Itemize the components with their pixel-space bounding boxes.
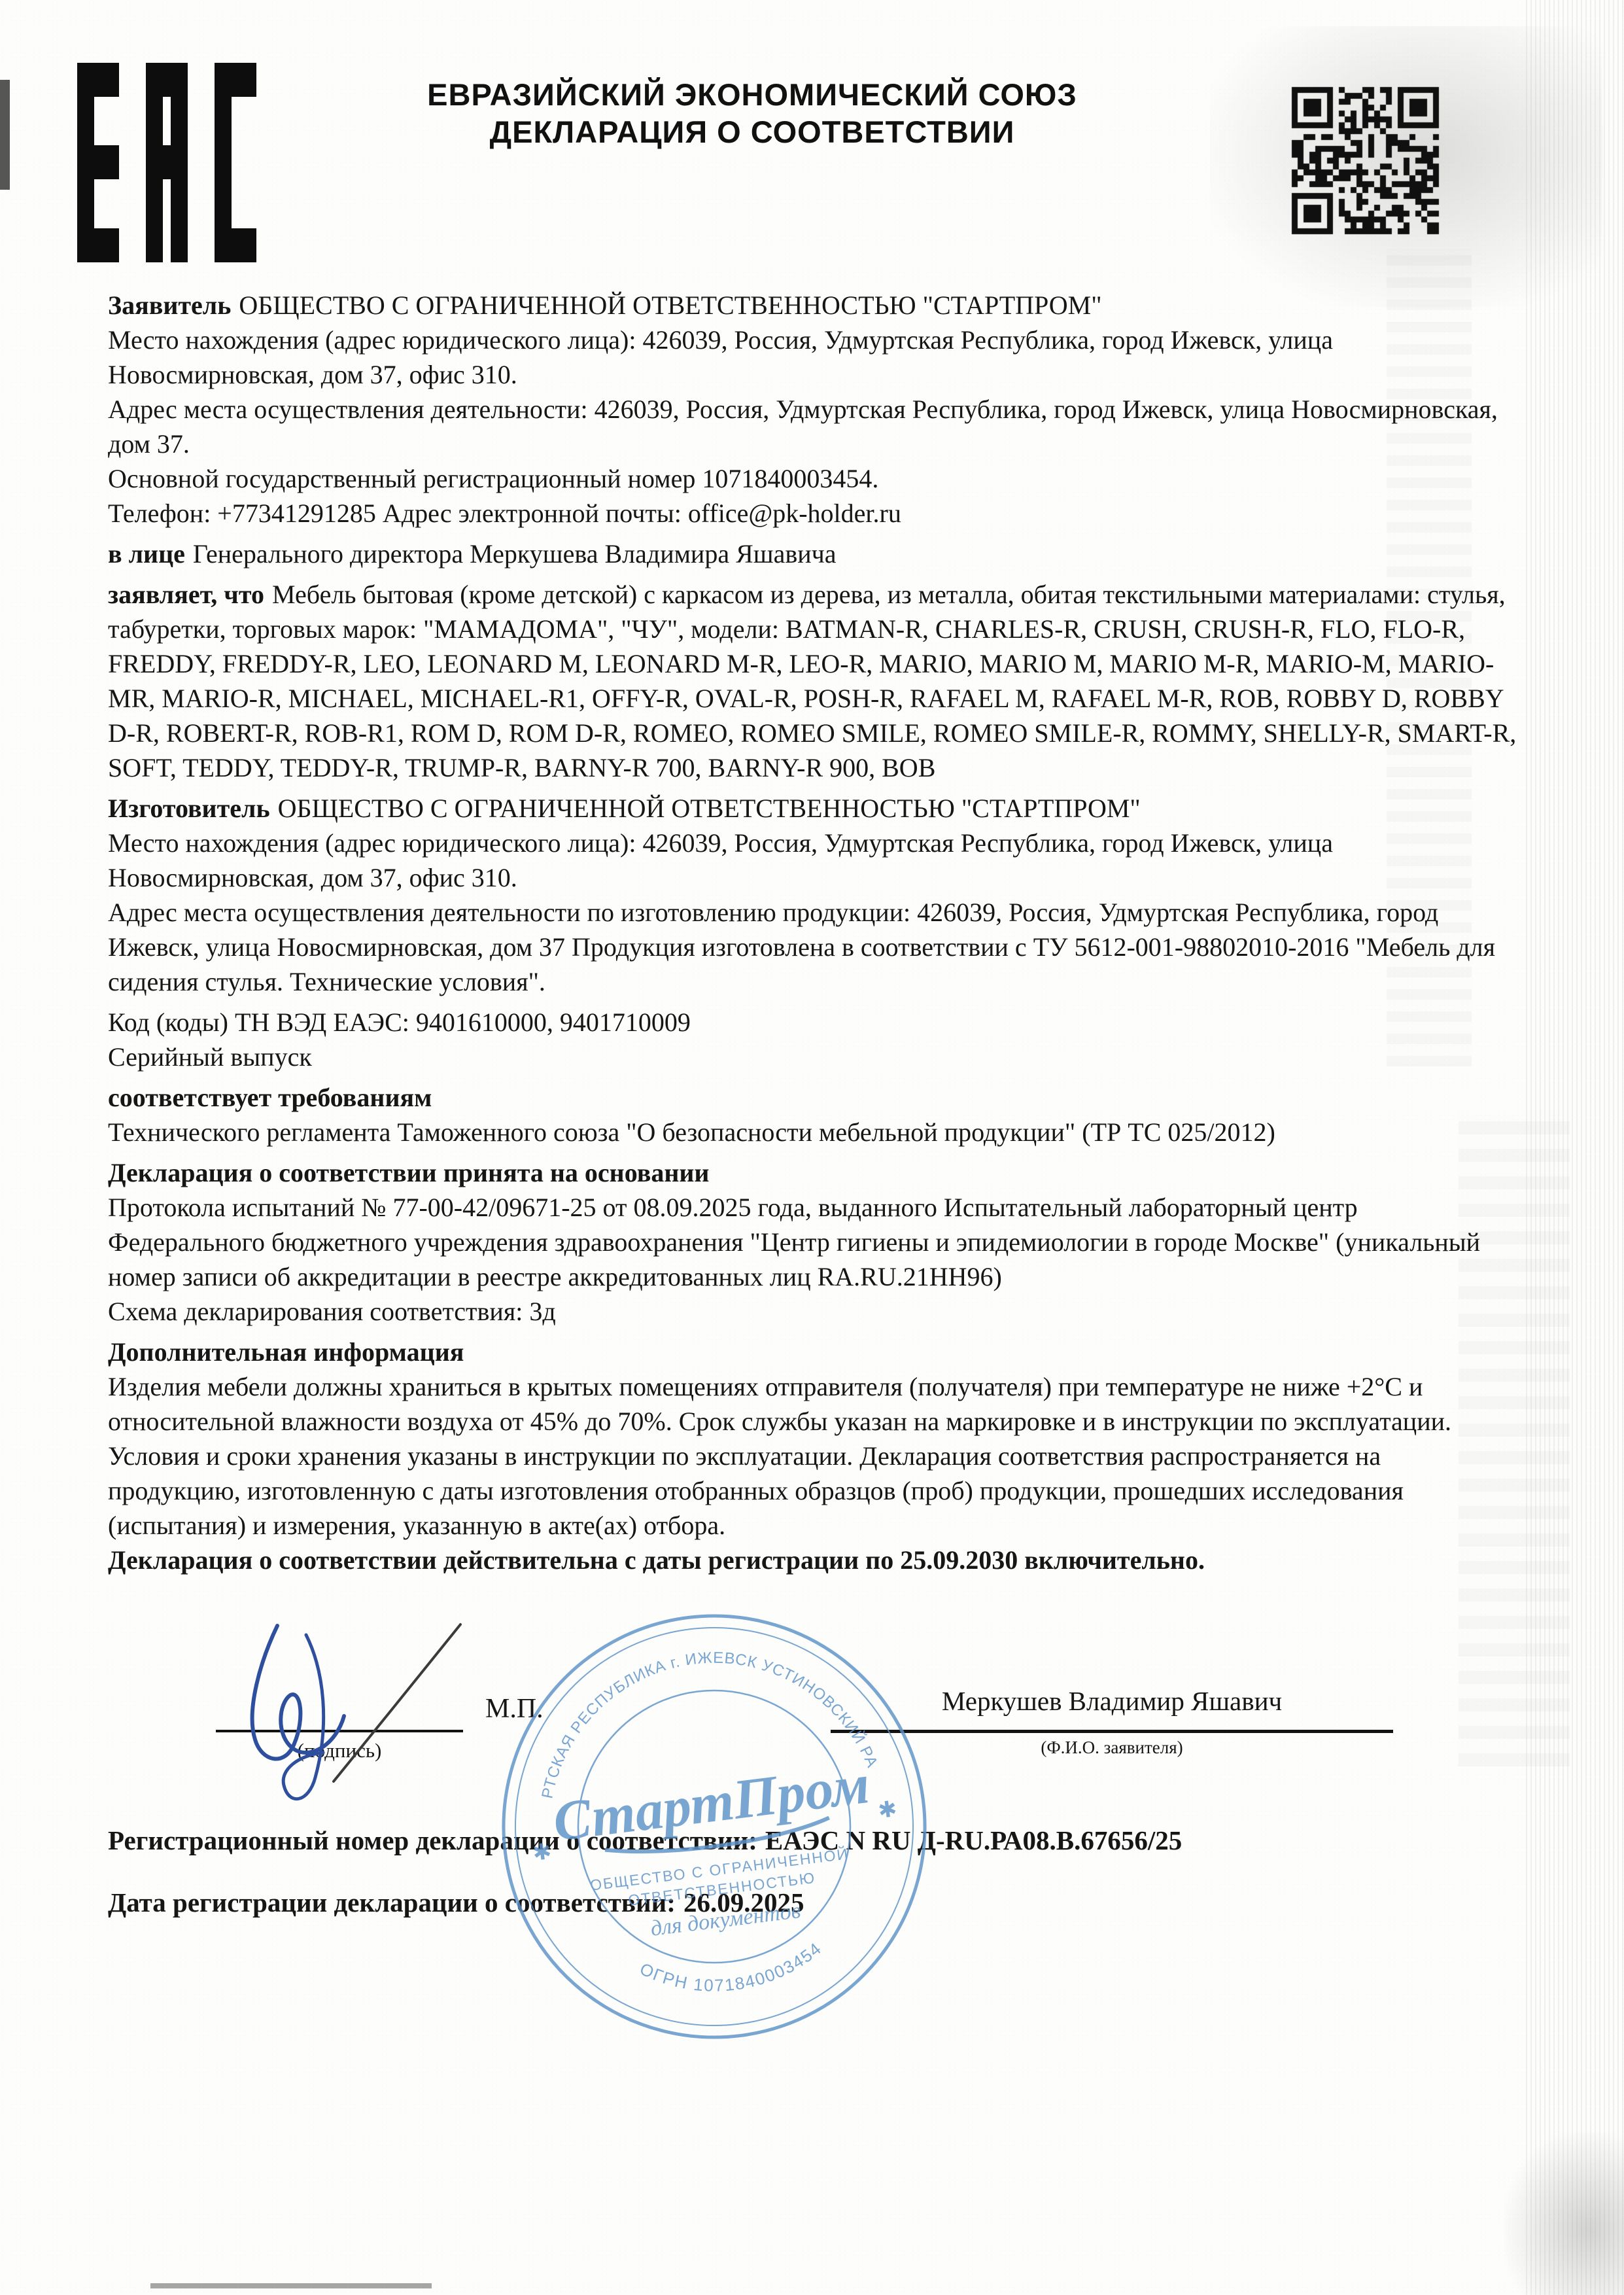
paragraph-manufacturer-address: Место нахождения (адрес юридического лиц…	[108, 826, 1517, 895]
paragraph-scheme: Схема декларирования соответствия: 3д	[108, 1294, 1517, 1329]
paragraph-ogrn: Основной государственный регистрационный…	[108, 461, 1517, 496]
scan-artifact-band	[1526, 0, 1624, 2295]
scan-artifact-streak	[1504, 2133, 1624, 2295]
company-round-stamp: УДМУРТСКАЯ РЕСПУБЛИКА г. ИЖЕВСК УСТИНОВС…	[498, 1611, 930, 2042]
title-line-declaration: ДЕКЛАРАЦИЯ О СООТВЕТСТВИИ	[327, 113, 1177, 150]
paragraph-additional-text: Изделия мебели должны храниться в крытых…	[108, 1369, 1517, 1543]
paragraph-basis-text: Протокола испытаний № 77-00-42/09671-25 …	[108, 1190, 1517, 1294]
heading-complies: соответствует требованиям	[108, 1080, 1517, 1115]
declaration-document: ЕВРАЗИЙСКИЙ ЭКОНОМИЧЕСКИЙ СОЮЗ ДЕКЛАРАЦИ…	[0, 0, 1624, 2295]
applicant-label: Заявитель	[108, 290, 231, 320]
paragraph-tn-ved: Код (коды) ТН ВЭД ЕАЭС: 9401610000, 9401…	[108, 1005, 1517, 1040]
paragraph-release-type: Серийный выпуск	[108, 1040, 1517, 1074]
document-body: ЗаявительОБЩЕСТВО С ОГРАНИЧЕННОЙ ОТВЕТСТ…	[108, 288, 1517, 1577]
stamp-company-name: СтартПром	[550, 1752, 873, 1853]
declares-label: заявляет, что	[108, 580, 264, 609]
applicant-value: ОБЩЕСТВО С ОГРАНИЧЕННОЙ ОТВЕТСТВЕННОСТЬЮ…	[239, 290, 1101, 320]
title-line-union: ЕВРАЗИЙСКИЙ ЭКОНОМИЧЕСКИЙ СОЮЗ	[327, 76, 1177, 113]
handwritten-signature	[169, 1606, 483, 1822]
paragraph-applicant-address: Место нахождения (адрес юридического лиц…	[108, 323, 1517, 392]
represented-by-value: Генерального директора Меркушева Владими…	[193, 539, 837, 569]
paragraph-represented-by: в лицеГенерального директора Меркушева В…	[108, 536, 1517, 571]
paragraph-complies-text: Технического регламента Таможенного союз…	[108, 1115, 1517, 1149]
stamp-ring-bottom-text: ОГРН 1071840003454	[635, 1937, 829, 2006]
declares-value: Мебель бытовая (кроме детской) с каркасо…	[108, 580, 1516, 782]
heading-additional-info: Дополнительная информация	[108, 1335, 1517, 1369]
stamp-purpose-line: для документов	[649, 1899, 803, 1941]
paragraph-validity: Декларация о соответствии действительна …	[108, 1543, 1517, 1577]
represented-by-label: в лице	[108, 539, 185, 569]
scan-artifact-edge	[0, 80, 10, 190]
manufacturer-label: Изготовитель	[108, 794, 270, 823]
paragraph-manufacturer: ИзготовительОБЩЕСТВО С ОГРАНИЧЕННОЙ ОТВЕ…	[108, 791, 1517, 826]
document-title: ЕВРАЗИЙСКИЙ ЭКОНОМИЧЕСКИЙ СОЮЗ ДЕКЛАРАЦИ…	[327, 76, 1177, 150]
paragraph-declares: заявляет, чтоМебель бытовая (кроме детск…	[108, 577, 1517, 785]
paragraph-applicant: ЗаявительОБЩЕСТВО С ОГРАНИЧЕННОЙ ОТВЕТСТ…	[108, 288, 1517, 323]
heading-basis: Декларация о соответствии принята на осн…	[108, 1155, 1517, 1190]
eac-mark-icon	[77, 63, 257, 262]
scan-artifact-smudge	[150, 2283, 432, 2288]
stamp-star-right: ✱	[876, 1796, 898, 1823]
paragraph-contacts: Телефон: +77341291285 Адрес электронной …	[108, 496, 1517, 531]
stamp-star-left: ✱	[531, 1839, 553, 1866]
manufacturer-value: ОБЩЕСТВО С ОГРАНИЧЕННОЙ ОТВЕТСТВЕННОСТЬЮ…	[278, 794, 1141, 823]
qr-code	[1287, 82, 1444, 239]
paragraph-applicant-activity-address: Адрес места осуществления деятельности: …	[108, 392, 1517, 461]
paragraph-production-address: Адрес места осуществления деятельности п…	[108, 895, 1517, 999]
